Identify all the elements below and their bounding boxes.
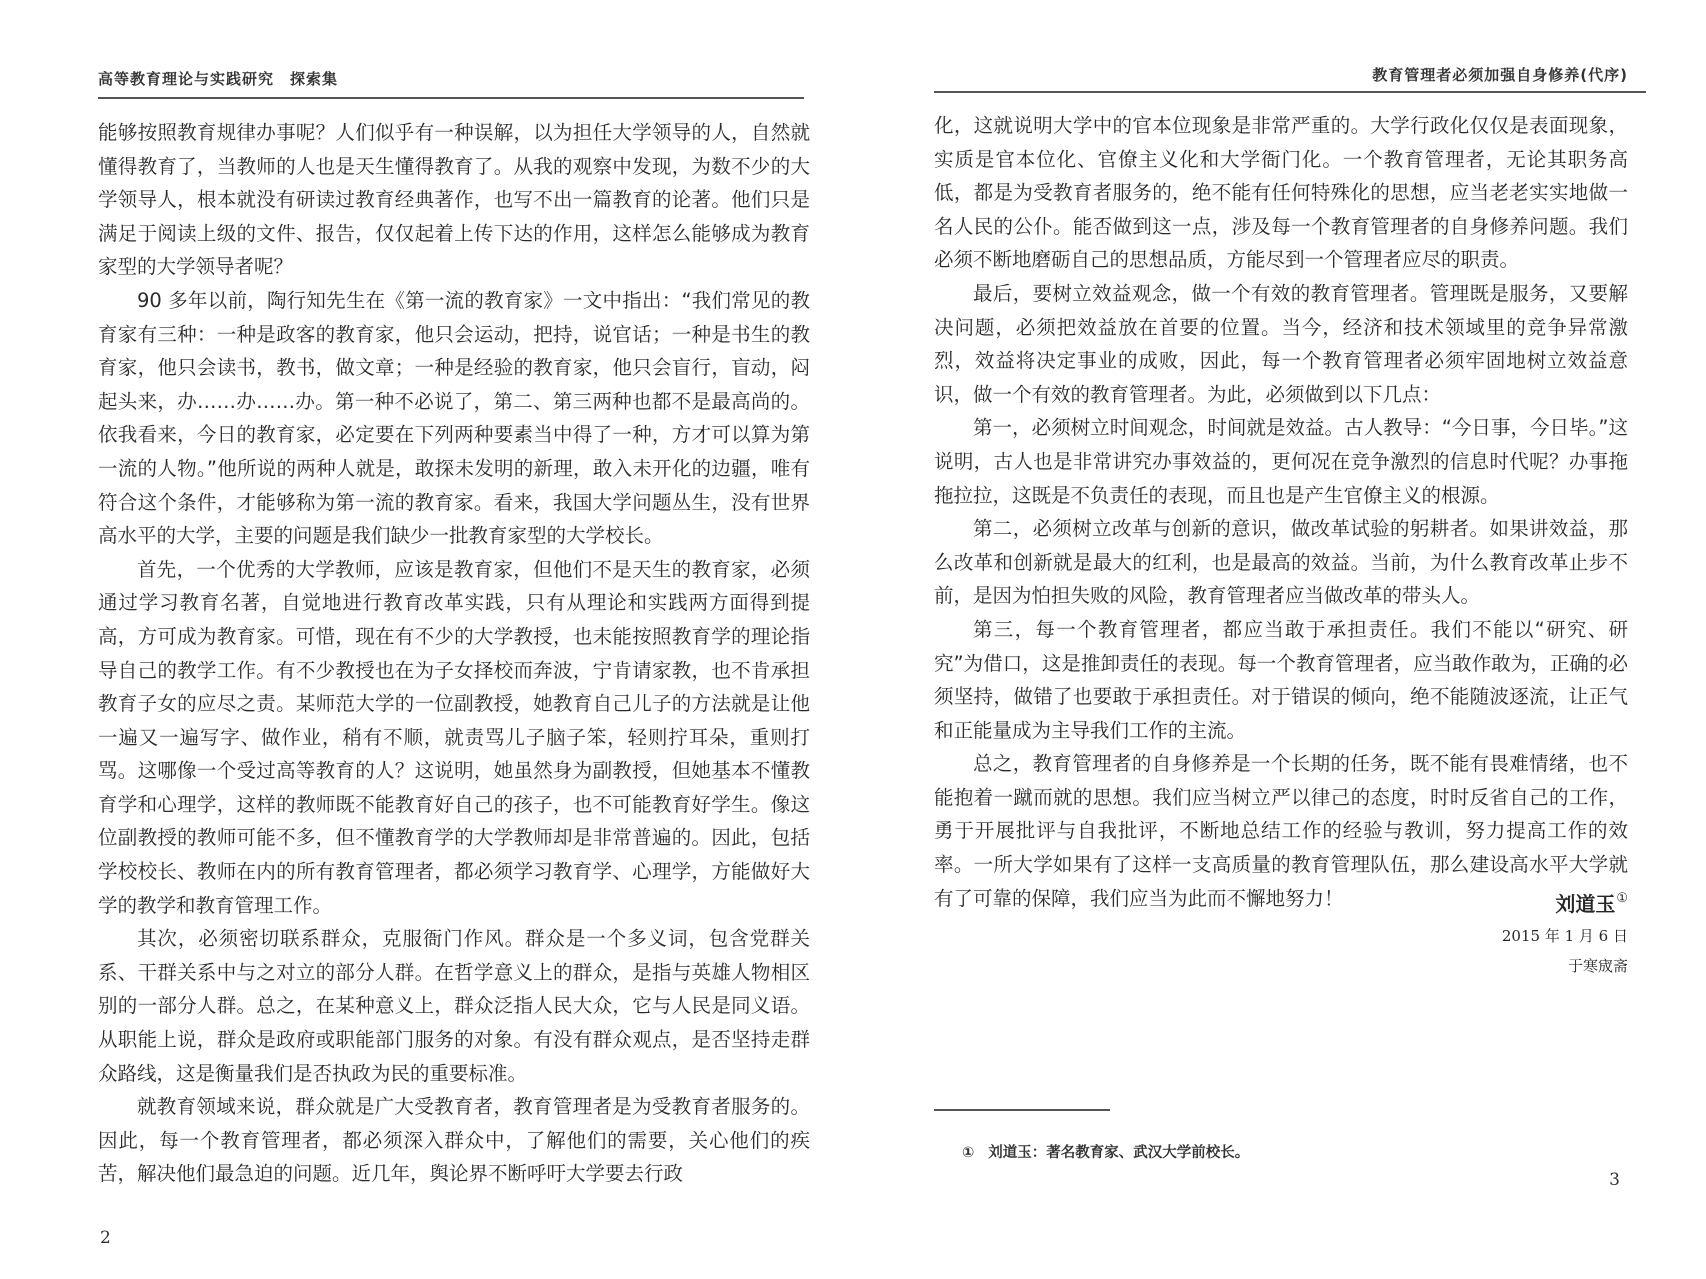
paragraph: 首先，一个优秀的大学教师，应该是教育家，但他们不是天生的教育家，必须通过学习教育…	[98, 553, 810, 923]
paragraph: 化，这就说明大学中的官本位现象是非常严重的。大学行政化仅仅是表面现象，实质是官本…	[934, 109, 1628, 277]
paragraph: 其次，必须密切联系群众，克服衙门作风。群众是一个多义词，包含党群关系、干群关系中…	[98, 922, 810, 1090]
paragraph: 第二，必须树立改革与创新的意识，做改革试验的躬耕者。如果讲效益，那么改革和创新就…	[934, 512, 1628, 613]
paragraph: 第一，必须树立时间观念，时间就是效益。古人教导：“今日事，今日毕。”这说明，古人…	[934, 411, 1628, 512]
paragraph: 第三，每一个教育管理者，都应当敢于承担责任。我们不能以“研究、研究”为借口，这是…	[934, 613, 1628, 747]
header-rule	[934, 91, 1646, 93]
paragraph: 总之，教育管理者的自身修养是一个长期的任务，既不能有畏难情绪，也不能抱着一蹴而就…	[934, 747, 1628, 915]
footnote-text: 刘道玉：著名教育家、武汉大学前校长。	[988, 1145, 1249, 1161]
author-signature: 刘道玉①	[1555, 888, 1628, 917]
footnote-mark: ①	[962, 1145, 974, 1161]
header-rule	[98, 97, 804, 99]
author-name: 刘道玉	[1555, 892, 1615, 916]
running-head: 教育管理者必须加强自身修养(代序)	[1372, 64, 1628, 85]
footnote: ①刘道玉：著名教育家、武汉大学前校长。	[962, 1141, 1249, 1162]
signature-date: 2015 年 1 月 6 日	[1502, 925, 1628, 946]
paragraph: 就教育领域来说，群众就是广大受教育者，教育管理者是为受教育者服务的。因此，每一个…	[98, 1090, 810, 1191]
paragraph: 90 多年以前，陶行知先生在《第一流的教育家》一文中指出：“我们常见的教育家有三…	[98, 284, 810, 553]
body-text: 能够按照教育规律办事呢？人们似乎有一种误解，以为担任大学领导的人，自然就懂得教育…	[98, 116, 810, 1191]
paragraph: 能够按照教育规律办事呢？人们似乎有一种误解，以为担任大学领导的人，自然就懂得教育…	[98, 116, 810, 284]
paragraph: 最后，要树立效益观念，做一个有效的教育管理者。管理既是服务，又要解决问题，必须把…	[934, 277, 1628, 411]
page-number: 2	[100, 1228, 111, 1248]
page-number: 3	[1609, 1170, 1620, 1190]
signature-place: 于寒宬斋	[1568, 955, 1628, 976]
body-text: 化，这就说明大学中的官本位现象是非常严重的。大学行政化仅仅是表面现象，实质是官本…	[934, 109, 1628, 915]
running-head: 高等教育理论与实践研究 探索集	[98, 68, 338, 89]
footnote-rule	[934, 1109, 1110, 1111]
footnote-reference[interactable]: ①	[1616, 891, 1628, 906]
